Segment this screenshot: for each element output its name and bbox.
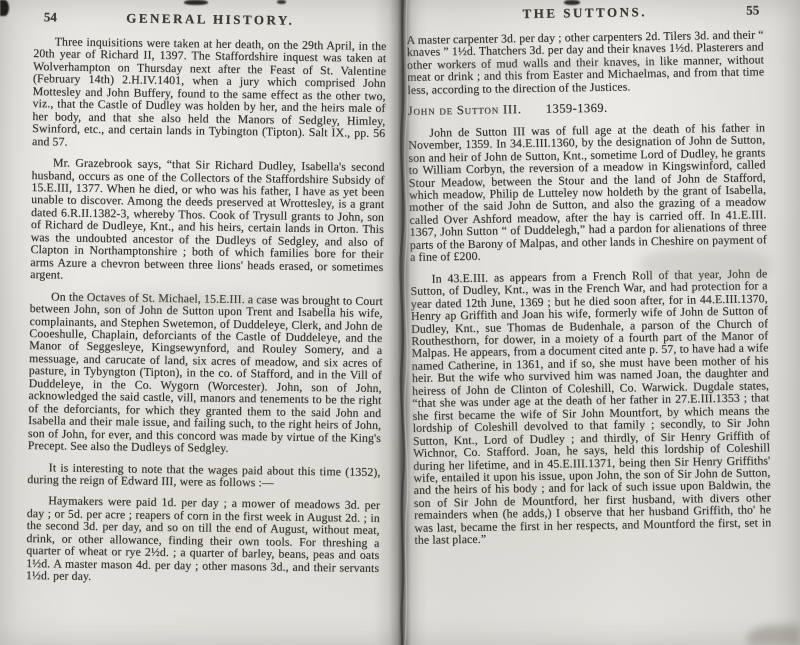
paragraph: On the Octaves of St. Michael, 15.E.III.… xyxy=(28,290,383,457)
section-heading-dates: 1359-1369. xyxy=(546,101,608,116)
paragraph: It is interesting to note that the wages… xyxy=(27,461,380,491)
paragraph: Three inquisitions were taken at her dea… xyxy=(32,35,387,152)
right-page-content: THE SUTTONS. 55 A master carpenter 3d. p… xyxy=(401,0,800,645)
left-page-body: Three inquisitions were taken at her dea… xyxy=(26,35,387,586)
right-running-header: THE SUTTONS. xyxy=(444,3,725,23)
right-header-spacer xyxy=(406,19,444,20)
section-heading-title: John de Sutton III. xyxy=(408,102,522,118)
left-header-spacer xyxy=(343,25,387,26)
left-page-number: 54 xyxy=(34,9,78,26)
right-page-body: A master carpenter 3d. per day ; other c… xyxy=(407,28,772,546)
book-page-spread: 54 GENERAL HISTORY. Three inquisitions w… xyxy=(0,0,800,645)
left-running-header: GENERAL HISTORY. xyxy=(78,10,343,30)
left-running-header-row: 54 GENERAL HISTORY. xyxy=(34,9,387,30)
right-running-header-row: THE SUTTONS. 55 xyxy=(406,2,763,24)
left-page-content: 54 GENERAL HISTORY. Three inquisitions w… xyxy=(0,0,393,645)
paragraph: Mr. Grazebrook says, “that Sir Richard D… xyxy=(30,156,385,285)
left-page: 54 GENERAL HISTORY. Three inquisitions w… xyxy=(0,0,393,645)
right-page: THE SUTTONS. 55 A master carpenter 3d. p… xyxy=(401,0,800,645)
paragraph: John de Sutton III was of full age at th… xyxy=(408,121,767,264)
section-heading: John de Sutton III.1359-1369. xyxy=(408,100,765,118)
continuation-paragraph: A master carpenter 3d. per day ; other c… xyxy=(407,28,765,96)
right-page-number: 55 xyxy=(725,2,763,19)
paragraph: In 43.E.III. as appears from a French Ro… xyxy=(410,267,771,547)
paragraph: Haymakers were paid 1d. per day ; a mowe… xyxy=(26,494,380,586)
